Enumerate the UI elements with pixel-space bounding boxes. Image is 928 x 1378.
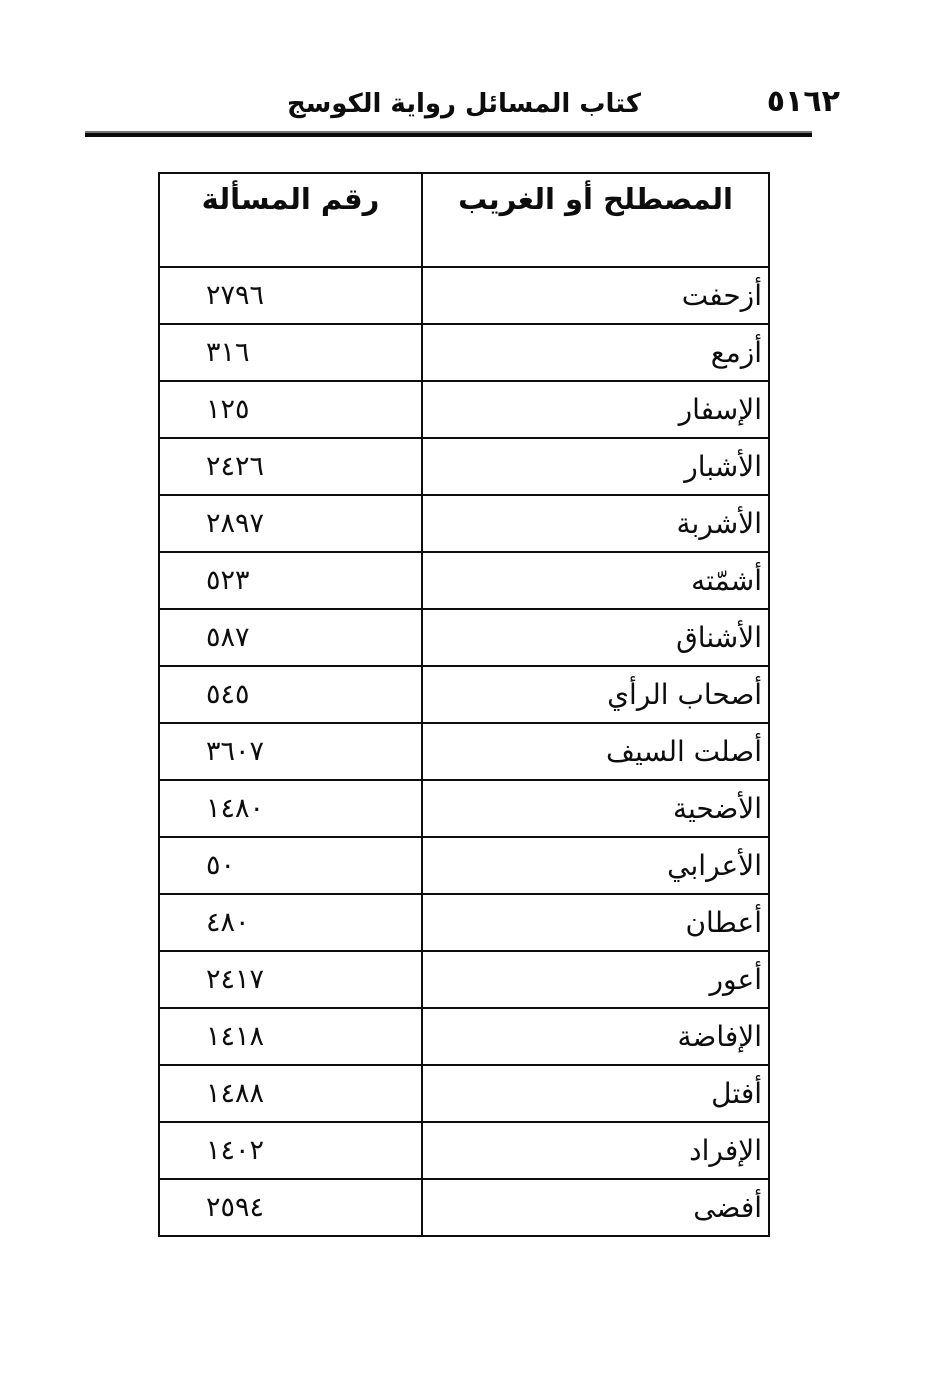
table-row: الأشبار ٢٤٢٦ [159,438,769,495]
term-cell: أفتل [422,1065,769,1122]
table-row: الإفراد ١٤٠٢ [159,1122,769,1179]
table-row: أزمع ٣١٦ [159,324,769,381]
scanned-book-page: { "header": { "book_title": "كتاب المسائ… [0,0,928,1378]
term-cell: الأعرابي [422,837,769,894]
term-cell: أزحفت [422,267,769,324]
number-cell: ١٢٥ [159,381,422,438]
term-cell: الأشناق [422,609,769,666]
number-cell: ٢٧٩٦ [159,267,422,324]
header-rule [85,131,812,137]
term-cell: أصحاب الرأي [422,666,769,723]
table-row: أزحفت ٢٧٩٦ [159,267,769,324]
number-cell: ٥٤٥ [159,666,422,723]
page-number: ٥١٦٢ [767,82,840,122]
term-cell: الإفاضة [422,1008,769,1065]
table-row: الأضحية ١٤٨٠ [159,780,769,837]
number-cell: ٢٤١٧ [159,951,422,1008]
term-cell: أزمع [422,324,769,381]
number-cell: ٣٦٠٧ [159,723,422,780]
term-cell: أفضى [422,1179,769,1236]
table-row: أصلت السيف ٣٦٠٧ [159,723,769,780]
table-row: أشمّته ٥٢٣ [159,552,769,609]
number-cell: ٥٠ [159,837,422,894]
term-cell: الأشبار [422,438,769,495]
number-cell: ١٤١٨ [159,1008,422,1065]
number-column-header: رقم المسألة [159,173,422,267]
table-row: الأعرابي ٥٠ [159,837,769,894]
number-cell: ٢٨٩٧ [159,495,422,552]
table-header-row: المصطلح أو الغريب رقم المسألة [159,173,769,267]
terms-index-table: المصطلح أو الغريب رقم المسألة أزحفت ٢٧٩٦… [158,172,770,1237]
number-cell: ٣١٦ [159,324,422,381]
term-cell: أشمّته [422,552,769,609]
term-cell: الأشربة [422,495,769,552]
number-cell: ٢٤٢٦ [159,438,422,495]
number-cell: ١٤٨٨ [159,1065,422,1122]
number-cell: ١٤٠٢ [159,1122,422,1179]
term-cell: أصلت السيف [422,723,769,780]
table-row: أعور ٢٤١٧ [159,951,769,1008]
number-cell: ٢٥٩٤ [159,1179,422,1236]
number-cell: ٤٨٠ [159,894,422,951]
table-row: الأشناق ٥٨٧ [159,609,769,666]
term-cell: الإسفار [422,381,769,438]
number-cell: ١٤٨٠ [159,780,422,837]
number-cell: ٥٢٣ [159,552,422,609]
table-row: الإسفار ١٢٥ [159,381,769,438]
terms-index-table-wrap: المصطلح أو الغريب رقم المسألة أزحفت ٢٧٩٦… [160,172,770,1237]
term-column-header: المصطلح أو الغريب [422,173,769,267]
table-row: أفضى ٢٥٩٤ [159,1179,769,1236]
term-cell: أعطان [422,894,769,951]
table-row: أعطان ٤٨٠ [159,894,769,951]
table-row: الأشربة ٢٨٩٧ [159,495,769,552]
table-body: أزحفت ٢٧٩٦ أزمع ٣١٦ الإسفار ١٢٥ الأشبار … [159,267,769,1236]
term-cell: أعور [422,951,769,1008]
number-cell: ٥٨٧ [159,609,422,666]
table-row: أفتل ١٤٨٨ [159,1065,769,1122]
term-cell: الأضحية [422,780,769,837]
term-cell: الإفراد [422,1122,769,1179]
table-row: الإفاضة ١٤١٨ [159,1008,769,1065]
table-row: أصحاب الرأي ٥٤٥ [159,666,769,723]
